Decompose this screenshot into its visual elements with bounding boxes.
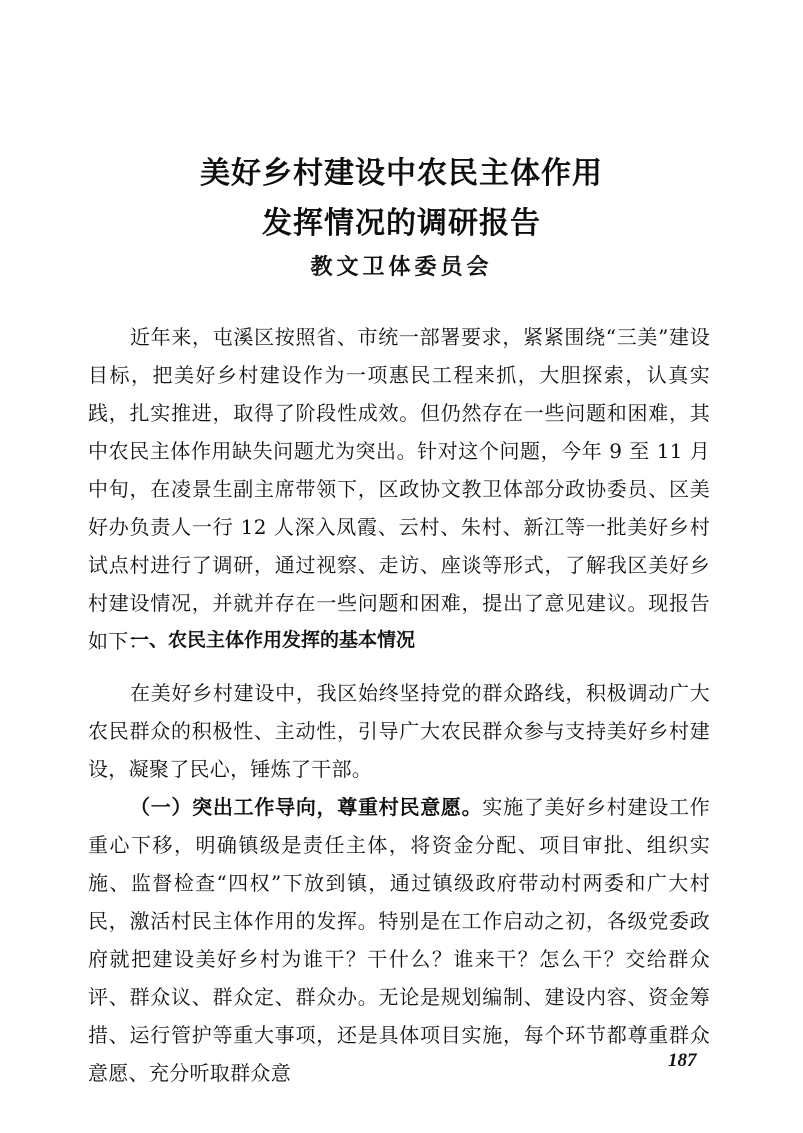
section-heading-1: 一、农民主体作用发挥的基本情况 [130, 625, 415, 652]
intro-paragraph: 近年来，屯溪区按照省、市统一部署要求，紧紧围绕“三美”建设目标，把美好乡村建设作… [88, 318, 710, 660]
page-number: 187 [668, 1050, 697, 1072]
subsection-1-body: 实施了美好乡村建设工作重心下移，明确镇级是责任主体，将资金分配、项目审批、组织实… [88, 795, 710, 1085]
page-title-line-1: 美好乡村建设中农民主体作用 [0, 148, 803, 192]
author-committee: 教文卫体委员会 [0, 250, 803, 281]
page-title-line-2: 发挥情况的调研报告 [0, 198, 803, 242]
subsection-1-lead: （一）突出工作导向，尊重村民意愿。 [130, 795, 482, 819]
subsection-1-paragraph: （一）突出工作导向，尊重村民意愿。实施了美好乡村建设工作重心下移，明确镇级是责任… [88, 788, 710, 1092]
section-1-paragraph: 在美好乡村建设中，我区始终坚持党的群众路线，积极调动广大农民群众的积极性、主动性… [88, 674, 710, 788]
